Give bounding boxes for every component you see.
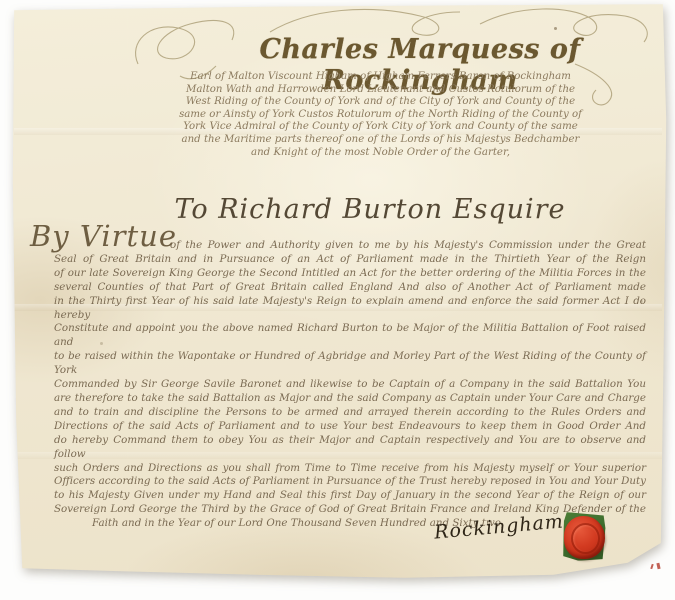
titles-preamble: Earl of Malton Viscount Higham of Higham… (128, 71, 633, 159)
preamble-line: West Riding of the County of York and of… (128, 96, 633, 109)
manuscript-photo: Charles Marquess of Rockingham Earl of M… (0, 0, 675, 600)
preamble-line: and Knight of the most Noble Order of th… (128, 147, 633, 160)
body-line: Officers according to the said Acts of P… (32, 475, 646, 489)
wax-seal (560, 509, 608, 565)
body-line: to his Majesty Given under my Hand and S… (32, 489, 646, 503)
body-line: Constitute and appoint you the above nam… (32, 322, 646, 350)
body-line: several Counties of that Part of Great B… (32, 281, 646, 295)
body-line: Seal of Great Britain and in Pursuance o… (32, 253, 646, 267)
body-line: such Orders and Directions as you shall … (32, 462, 646, 476)
commission-body: By Virtue of the Power and Authority giv… (32, 239, 646, 531)
body-line: of our late Sovereign King George the Se… (32, 267, 646, 281)
preamble-line: and the Maritime parts thereof one of th… (128, 134, 633, 147)
body-line: Commanded by Sir George Savile Baronet a… (32, 378, 646, 392)
body-line: are therefore to take the said Battalion… (32, 392, 646, 406)
body-line: to be raised within the Wapontake or Hun… (32, 350, 646, 378)
opening-words: By Virtue (30, 230, 177, 244)
preamble-line: Malton Wath and Harrowden Lord Lieutenan… (128, 84, 633, 97)
preamble-line: same or Ainsty of York Custos Rotulorum … (128, 109, 633, 122)
ink-speck (554, 27, 557, 30)
body-line: in the Thirty first Year of his said lat… (32, 295, 646, 323)
seal-red-wax (564, 516, 605, 559)
addressee-line: To Richard Burton Esquire (140, 194, 600, 225)
body-line: and to train and discipline the Persons … (32, 406, 646, 420)
body-line: Directions of the said Acts of Parliamen… (32, 420, 646, 434)
body-line: do hereby Command them to obey You as th… (32, 434, 646, 462)
preamble-line: York Vice Admiral of the County of York … (128, 121, 633, 134)
red-ink-marks (650, 562, 664, 572)
preamble-line: Earl of Malton Viscount Higham of Higham… (128, 71, 633, 84)
